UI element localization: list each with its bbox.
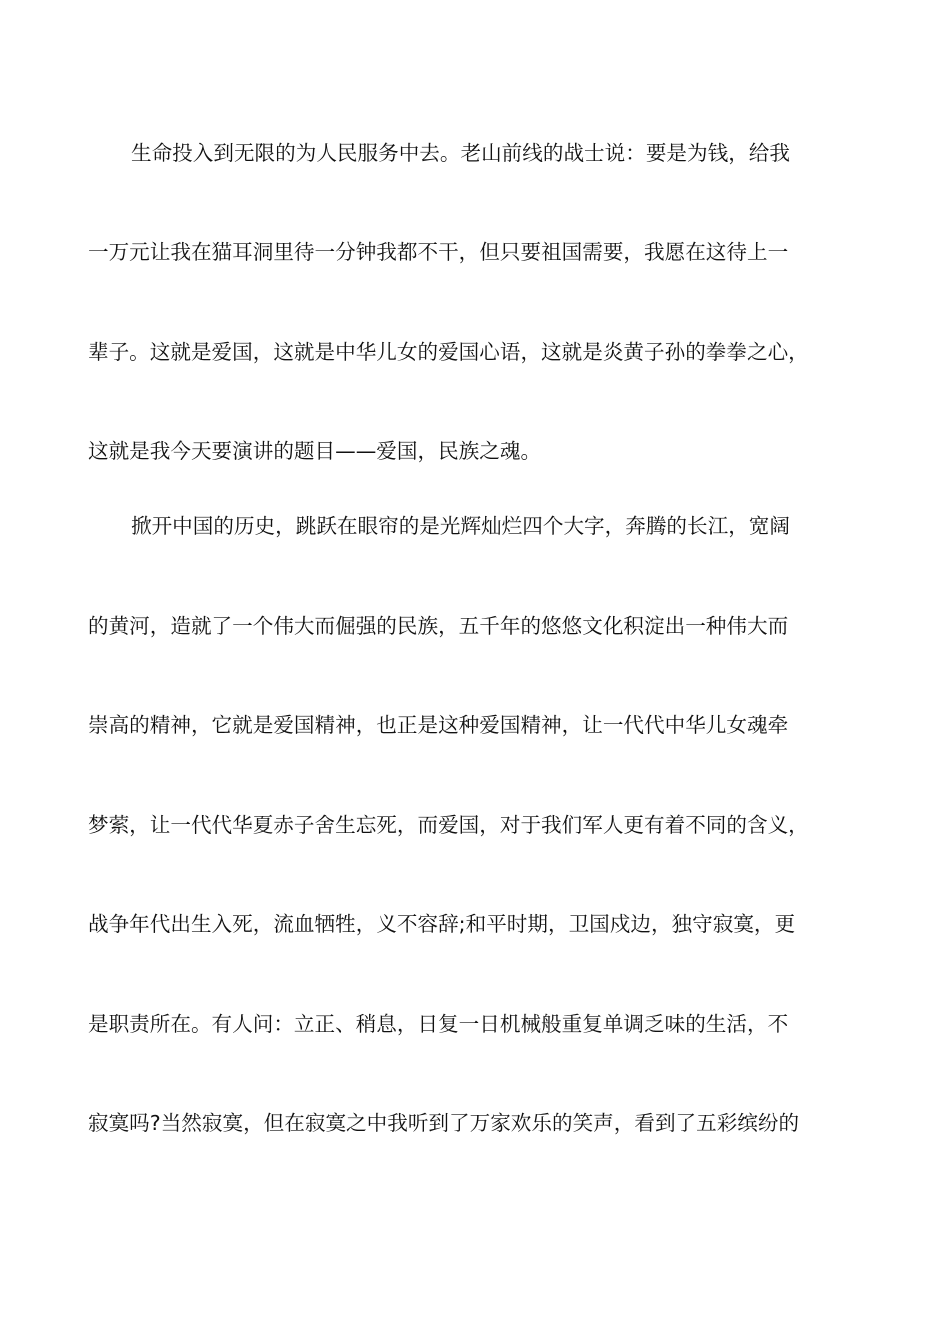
paragraph-line: 一万元让我在猫耳洞里待一分钟我都不干，但只要祖国需要，我愿在这待上一 <box>88 238 858 266</box>
paragraph-line: 崇高的精神，它就是爱国精神，也正是这种爱国精神，让一代代中华儿女魂牵 <box>88 711 858 739</box>
paragraph-line: 的黄河，造就了一个伟大而倔强的民族，五千年的悠悠文化积淀出一种伟大而 <box>88 612 858 640</box>
paragraph-line: 掀开中国的历史，跳跃在眼帘的是光辉灿烂四个大字，奔腾的长江，宽阔 <box>131 512 901 540</box>
paragraph-line: 梦萦，让一代代华夏赤子舍生忘死，而爱国，对于我们军人更有着不同的含义， <box>88 811 858 839</box>
paragraph-line: 是职责所在。有人问：立正、稍息，日复一日机械般重复单调乏味的生活，不 <box>88 1010 858 1038</box>
paragraph-line: 战争年代出生入死，流血牺牲，义不容辞;和平时期，卫国戍边，独守寂寞，更 <box>88 910 858 938</box>
paragraph-line: 生命投入到无限的为人民服务中去。老山前线的战士说：要是为钱，给我 <box>131 139 901 167</box>
paragraph-line: 寂寞吗?当然寂寞，但在寂寞之中我听到了万家欢乐的笑声，看到了五彩缤纷的 <box>88 1109 858 1137</box>
document-page: 生命投入到无限的为人民服务中去。老山前线的战士说：要是为钱，给我 一万元让我在猫… <box>0 0 950 1344</box>
paragraph-line: 这就是我今天要演讲的题目——爱国，民族之魂。 <box>88 437 858 465</box>
paragraph-line: 辈子。这就是爱国，这就是中华儿女的爱国心语，这就是炎黄子孙的拳拳之心， <box>88 338 858 366</box>
